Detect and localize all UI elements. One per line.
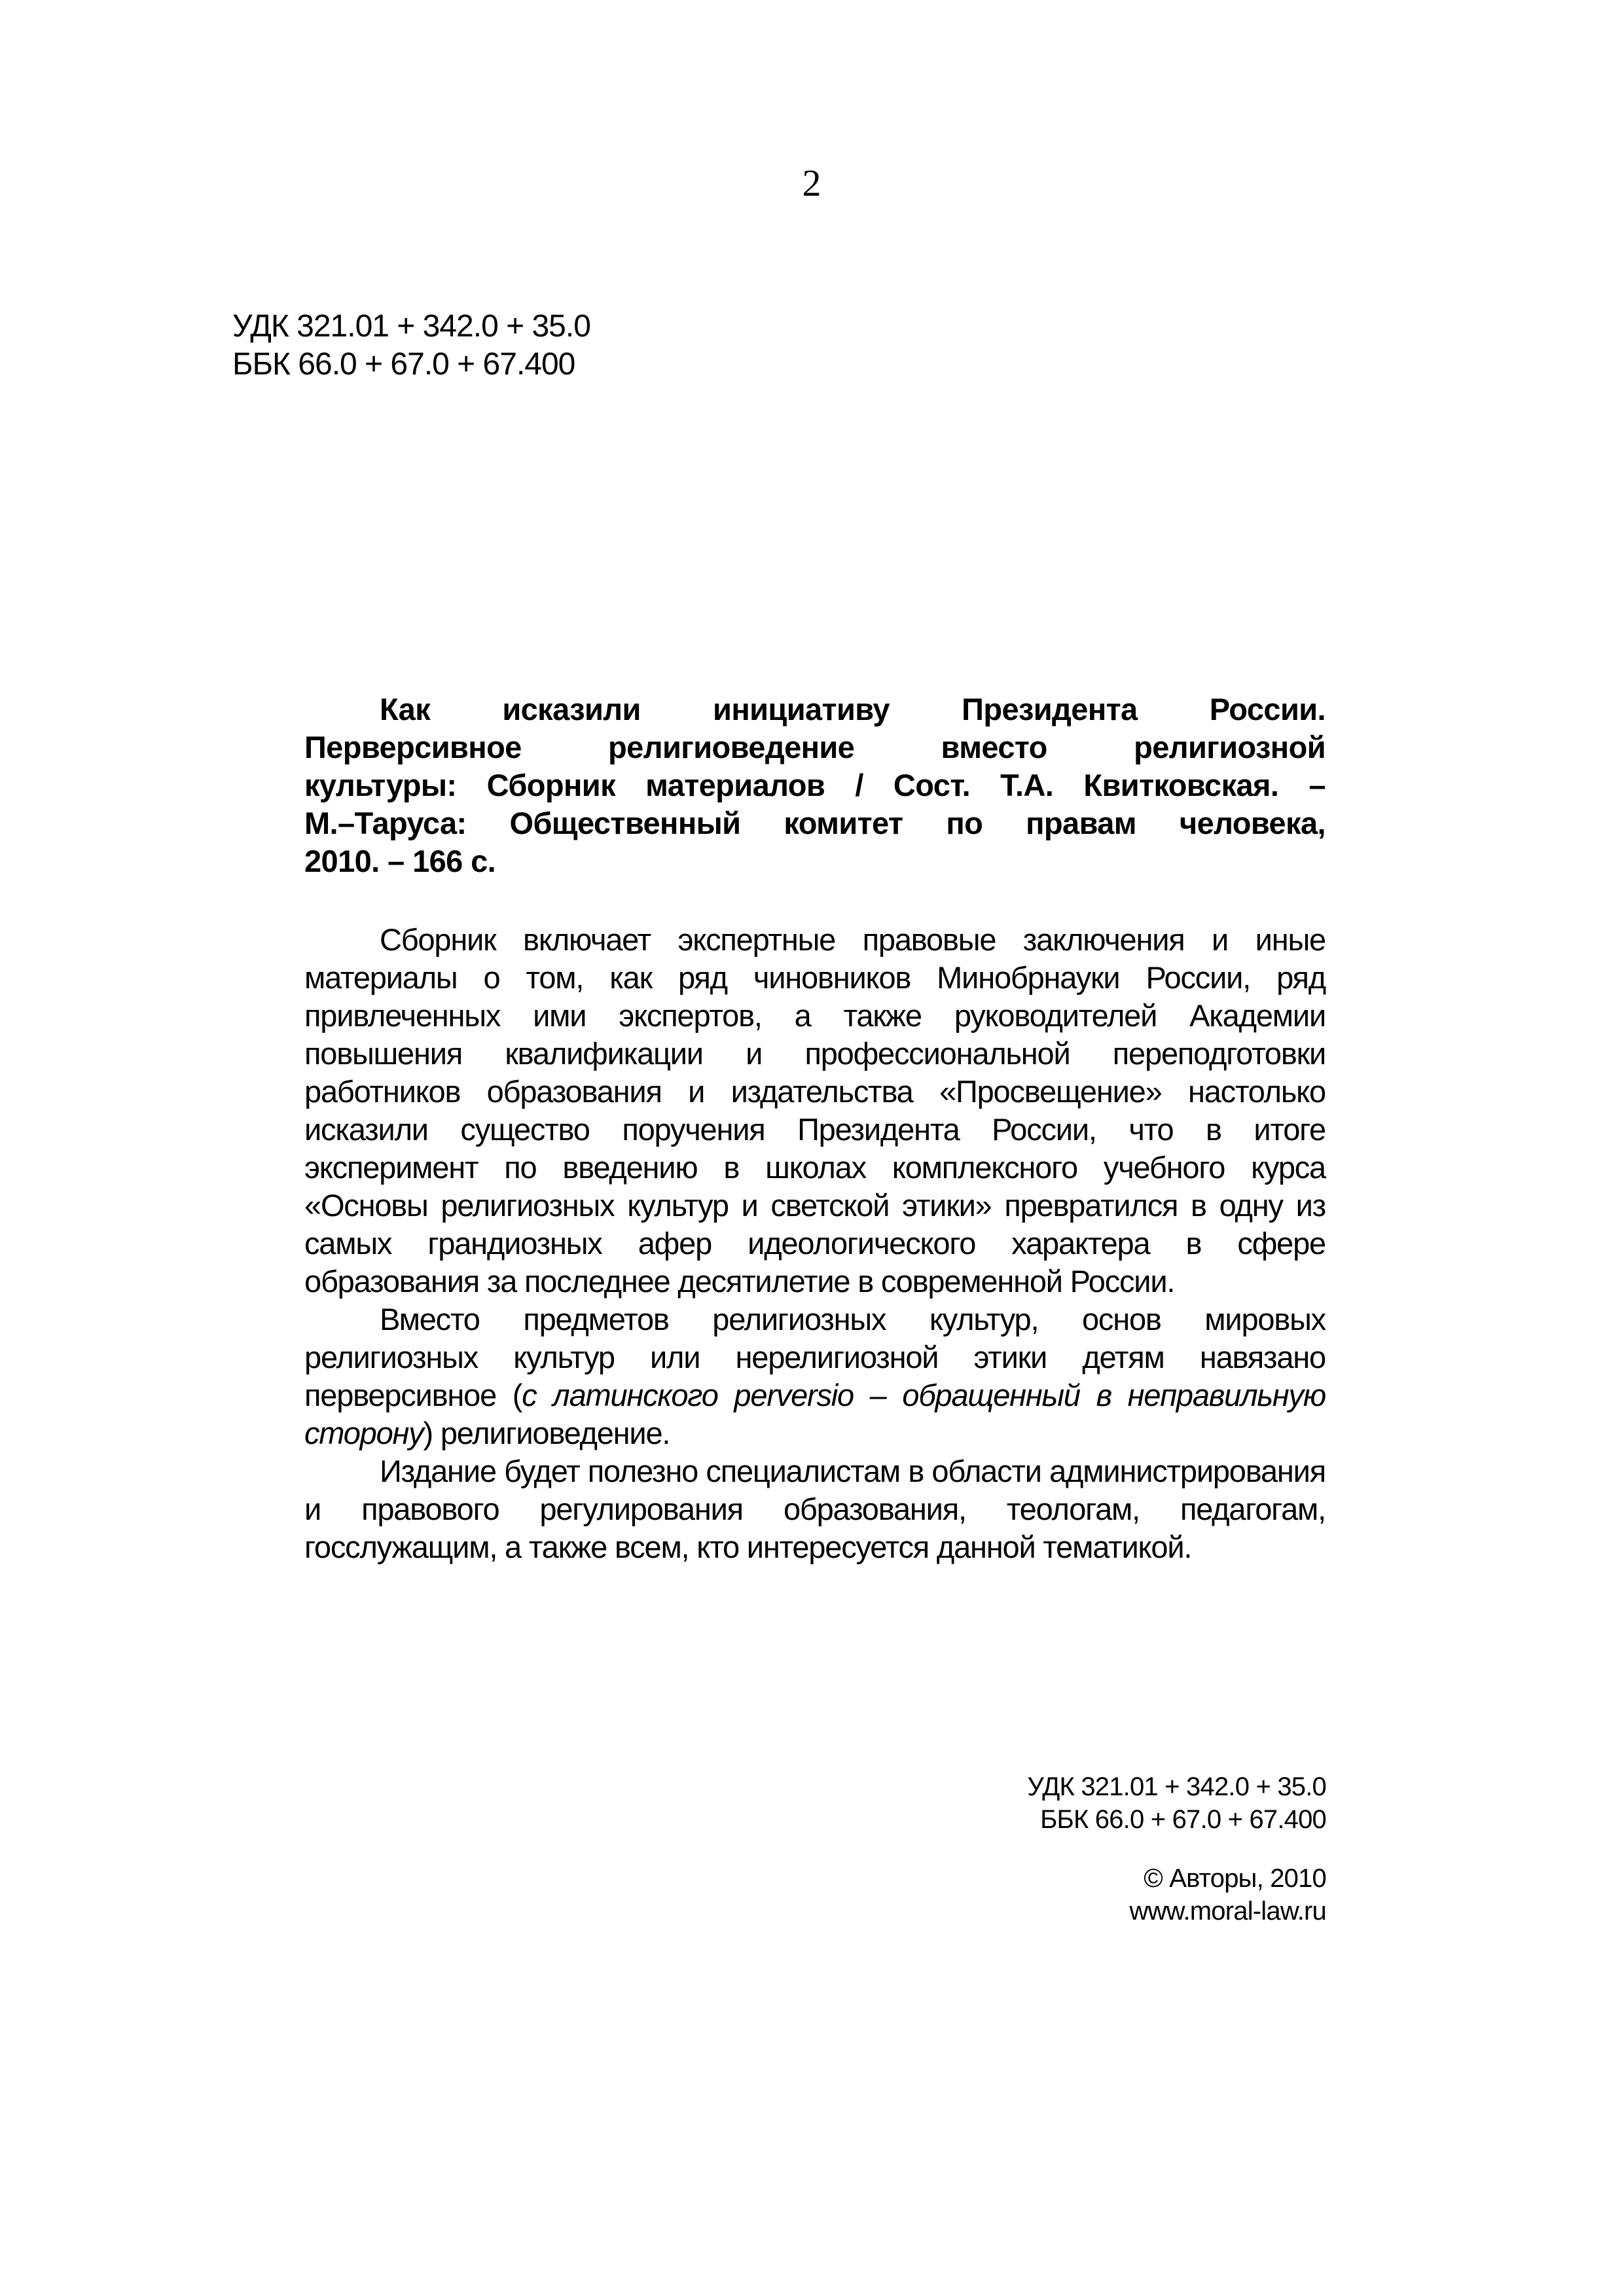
annotation-paragraph-1: Сборник включает экспертные правовые зак… (304, 921, 1326, 1300)
udk-code: УДК 321.01 + 342.0 + 35.0 (232, 308, 590, 346)
biblio-line: 2010. – 166 с. (304, 842, 1326, 880)
annotation-paragraph-3: Издание будет полезно специалистам в обл… (304, 1452, 1326, 1566)
biblio-line: культуры: Сборник материалов / Сост. Т.А… (304, 766, 1326, 804)
spacer (1027, 1836, 1326, 1862)
biblio-line: Как исказили инициативу Президента Росси… (304, 691, 1326, 728)
biblio-line: Перверсивное религиоведение вместо религ… (304, 728, 1326, 766)
biblio-line: М.–Таруса: Общественный комитет по права… (304, 804, 1326, 842)
copyright-notice: © Авторы, 2010 (1027, 1862, 1326, 1895)
imprint-block: УДК 321.01 + 342.0 + 35.0 ББК 66.0 + 67.… (1027, 1770, 1326, 1928)
udk-code: УДК 321.01 + 342.0 + 35.0 (1027, 1770, 1326, 1803)
annotation-block: Как исказили инициативу Президента Росси… (304, 691, 1326, 1566)
bbk-code: ББК 66.0 + 67.0 + 67.400 (1027, 1803, 1326, 1836)
website-link[interactable]: www.moral-law.ru (1027, 1895, 1326, 1928)
classification-codes-top: УДК 321.01 + 342.0 + 35.0 ББК 66.0 + 67.… (232, 308, 590, 384)
page-number: 2 (779, 162, 844, 204)
bbk-code: ББК 66.0 + 67.0 + 67.400 (232, 346, 590, 384)
annotation-paragraph-2: Вместо предметов религиозных культур, ос… (304, 1300, 1326, 1452)
bibliographic-entry: Как исказили инициативу Президента Росси… (304, 691, 1326, 880)
paragraph-2-text-end: ) религиоведение. (424, 1416, 670, 1450)
